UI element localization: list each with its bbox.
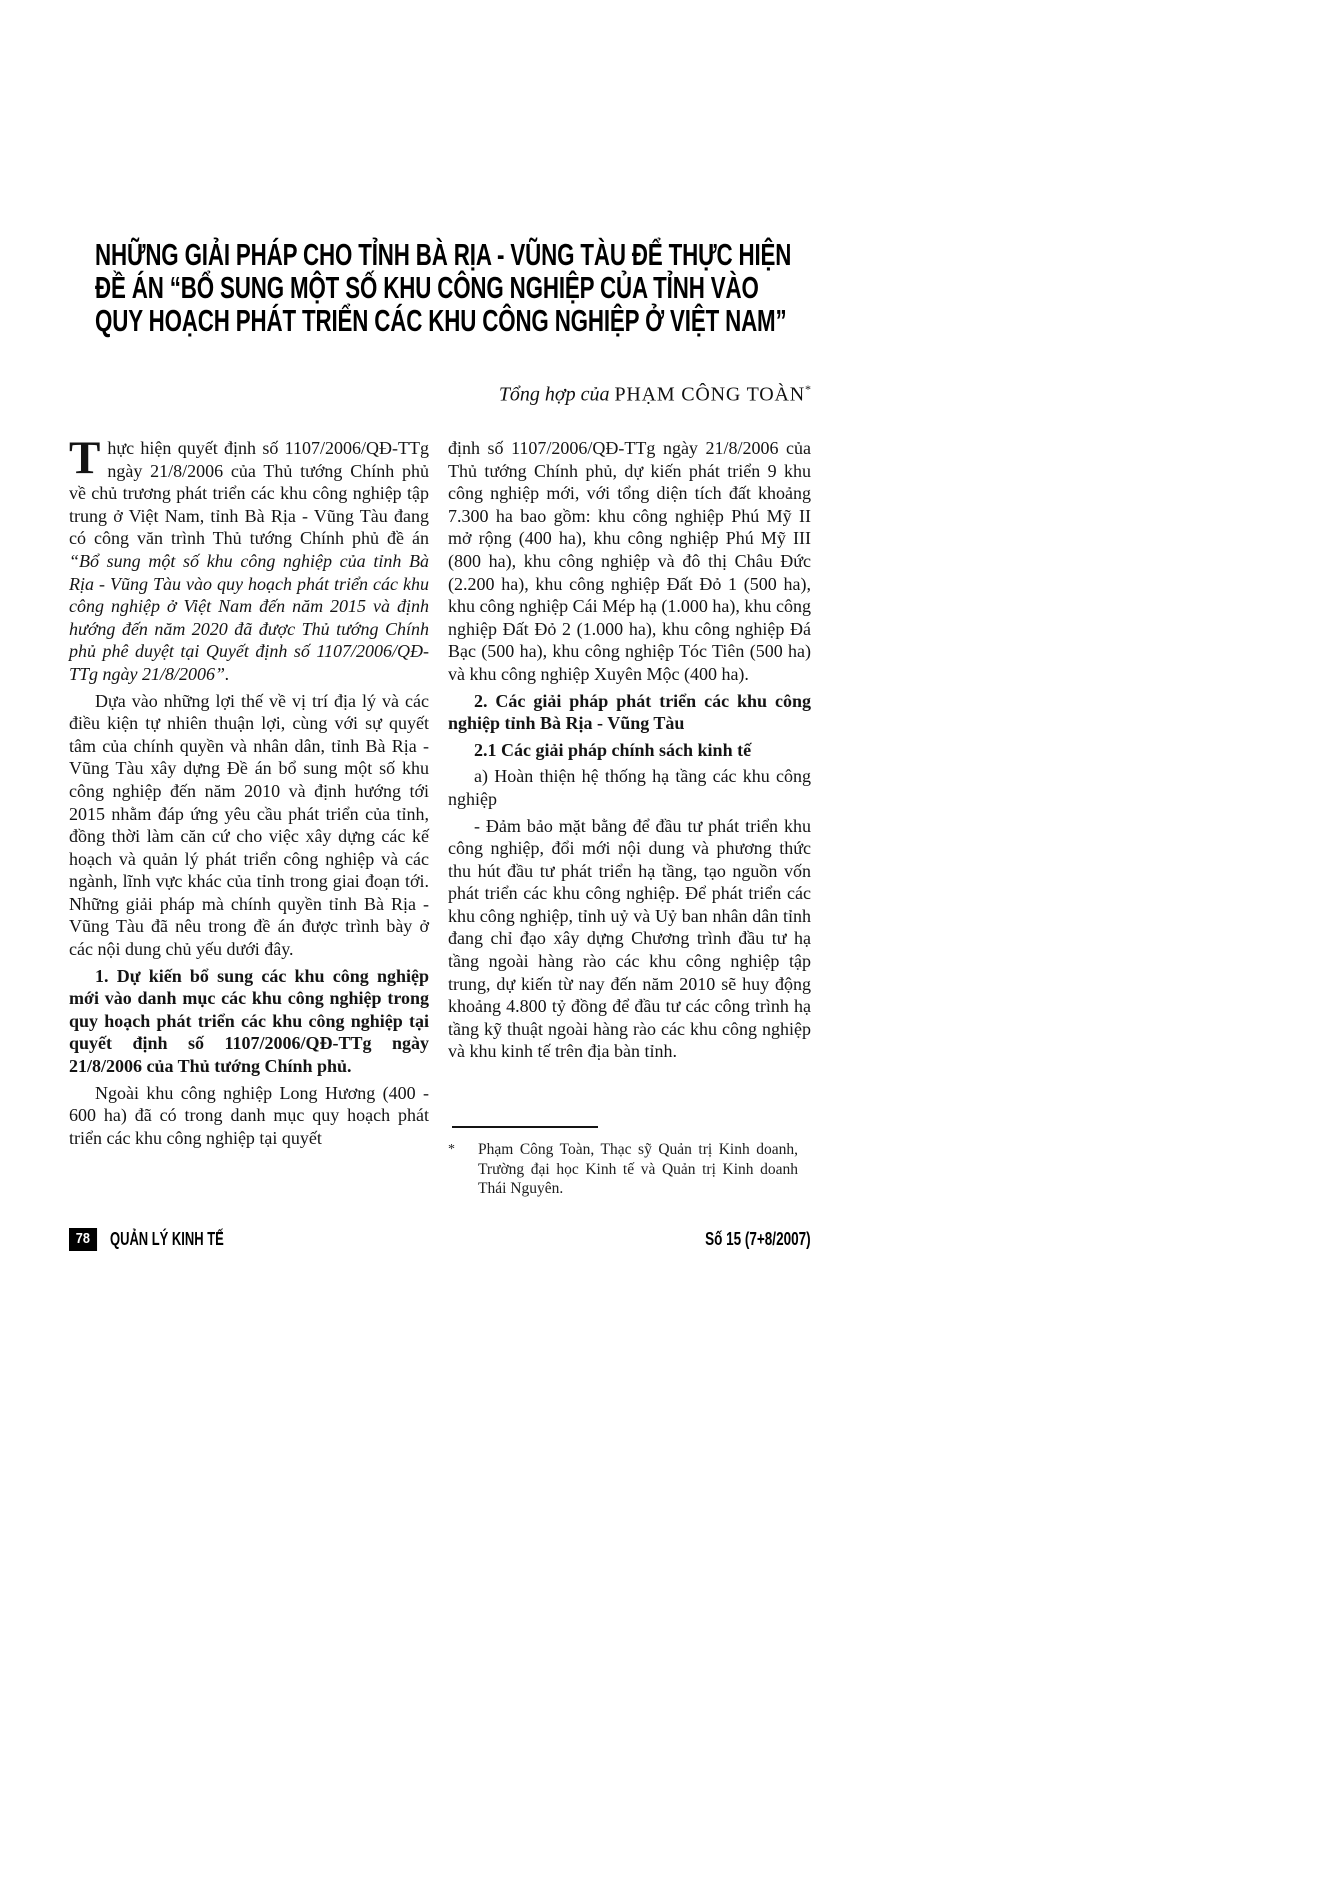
byline: Tổng hợp của PHẠM CÔNG TOÀN* bbox=[380, 376, 811, 408]
paragraph: Ngoài khu công nghiệp Long Hương (400 - … bbox=[69, 1082, 429, 1150]
journal-name: QUẢN LÝ KINH TẾ bbox=[110, 1229, 224, 1250]
paragraph-intro-quote: “Bổ sung một số khu công nghiệp của tỉnh… bbox=[69, 551, 429, 684]
paragraph: Dựa vào những lợi thế về vị trí địa lý v… bbox=[69, 690, 429, 961]
footnote: * Phạm Công Toàn, Thạc sỹ Quản trị Kinh … bbox=[448, 1140, 798, 1199]
issue-label: Số 15 (7+8/2007) bbox=[706, 1229, 811, 1250]
article-title-line-2: ĐỀ ÁN “BỔ SUNG MỘT SỐ KHU CÔNG NGHIỆP CỦ… bbox=[95, 271, 808, 304]
footer-left: 78 QUẢN LÝ KINH TẾ bbox=[69, 1228, 268, 1251]
page-footer: 78 QUẢN LÝ KINH TẾ Số 15 (7+8/2007) bbox=[69, 1226, 811, 1252]
left-column: Thực hiện quyết định số 1107/2006/QĐ-TTg… bbox=[69, 437, 429, 1149]
byline-prefix: Tổng hợp của bbox=[499, 384, 610, 406]
paragraph-continued: định số 1107/2006/QĐ-TTg ngày 21/8/2006 … bbox=[448, 437, 811, 686]
section-heading-1: 1. Dự kiến bổ sung các khu công nghiệp m… bbox=[69, 965, 429, 1078]
section-heading-2-1: 2.1 Các giải pháp chính sách kinh tế bbox=[448, 739, 811, 762]
footnote-divider bbox=[452, 1126, 598, 1128]
page-number-badge: 78 bbox=[69, 1228, 97, 1251]
author-footnote-mark: * bbox=[805, 382, 811, 396]
paragraph: - Đảm bảo mặt bằng để đầu tư phát triển … bbox=[448, 815, 811, 1064]
article-title-line-3: QUY HOẠCH PHÁT TRIỂN CÁC KHU CÔNG NGHIỆP… bbox=[95, 304, 808, 337]
article-title-line-1: NHỮNG GIẢI PHÁP CHO TỈNH BÀ RỊA - VŨNG T… bbox=[95, 238, 808, 271]
paragraph-intro-text: hực hiện quyết định số 1107/2006/QĐ-TTg … bbox=[69, 438, 429, 548]
author-name: PHẠM CÔNG TOÀN bbox=[615, 384, 806, 406]
journal-page: NHỮNG GIẢI PHÁP CHO TỈNH BÀ RỊA - VŨNG T… bbox=[0, 0, 1332, 1884]
section-heading-2: 2. Các giải pháp phát triển các khu công… bbox=[448, 690, 811, 735]
paragraph-intro: Thực hiện quyết định số 1107/2006/QĐ-TTg… bbox=[69, 437, 429, 686]
dropcap-letter: T bbox=[69, 439, 100, 477]
right-column: định số 1107/2006/QĐ-TTg ngày 21/8/2006 … bbox=[448, 437, 811, 1063]
item-a-heading: a) Hoàn thiện hệ thống hạ tầng các khu c… bbox=[448, 765, 811, 810]
footnote-text: Phạm Công Toàn, Thạc sỹ Quản trị Kinh do… bbox=[478, 1140, 798, 1199]
footnote-mark: * bbox=[448, 1140, 478, 1199]
article-title: NHỮNG GIẢI PHÁP CHO TỈNH BÀ RỊA - VŨNG T… bbox=[95, 238, 808, 337]
